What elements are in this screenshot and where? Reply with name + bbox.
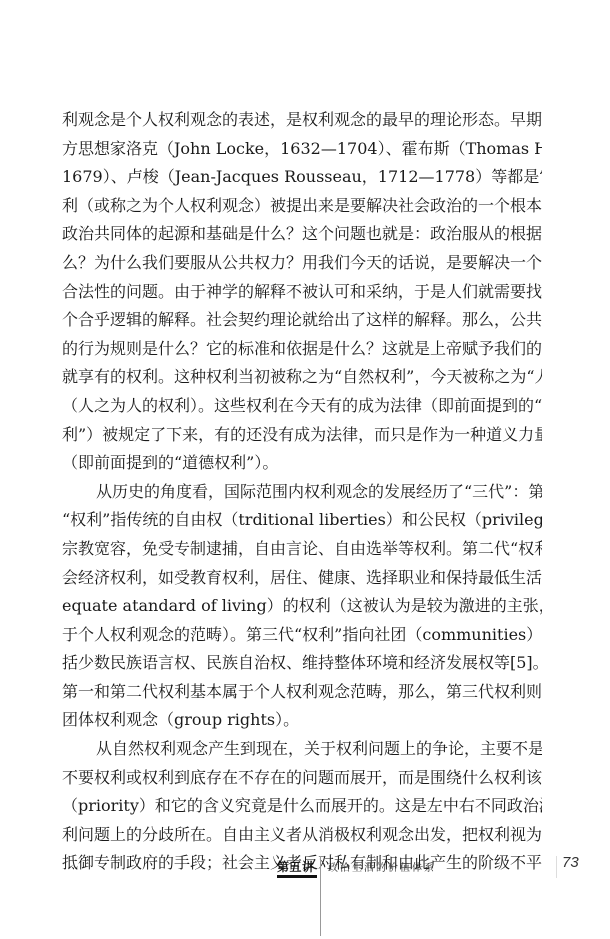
text-line: “权利”指传统的自由权（trditional liberties）和公民权（pr… <box>62 506 542 535</box>
chapter-underline <box>277 875 317 878</box>
text-line: 利”）被规定了下来，有的还没有成为法律，而只是作为一种道义力量存在 <box>62 421 542 450</box>
text-line: 么？为什么我们要服从公共权力？用我们今天的话说，是要解决一个政治 <box>62 249 542 278</box>
text-line: 于个人权利观念的范畴）。第三代“权利”指向社团（communities）和群体，… <box>62 621 542 650</box>
text-line: 从自然权利观念产生到现在，关于权利问题上的争论，主要不是围绕要 <box>62 735 542 764</box>
text-line: （priority）和它的含义究竟是什么而展开的。这是左中右不同政治派别在权 <box>62 792 542 821</box>
text-line: 利（或称之为个人权利观念）被提出来是要解决社会政治的一个根本问题： <box>62 192 542 221</box>
text-line: 政治共同体的起源和基础是什么？这个问题也就是：政治服从的根据是什 <box>62 220 542 249</box>
text-line: 从历史的角度看，国际范围内权利观念的发展经历了“三代”：第一代 <box>62 478 542 507</box>
text-line: 方思想家洛克（John Locke，1632—1704）、霍布斯（Thomas … <box>62 135 542 164</box>
text-line: 利问题上的分歧所在。自由主义者从消极权利观念出发，把权利视为个人 <box>62 821 542 850</box>
text-line: 宗教宽容，免受专制逮捕，自由言论、自由选举等权利。第二代“权利”指社 <box>62 535 542 564</box>
footer-divider <box>320 856 321 936</box>
text-line: 的行为规则是什么？它的标准和依据是什么？这就是上帝赋予我们的生来 <box>62 335 542 364</box>
text-line: （人之为人的权利）。这些权利在今天有的成为法律（即前面提到的“法律权 <box>62 392 542 421</box>
page-number: 73 <box>562 854 579 871</box>
text-line: 团体权利观念（group rights）。 <box>62 706 542 735</box>
text-line: 合法性的问题。由于神学的解释不被认可和采纳，于是人们就需要找到一 <box>62 278 542 307</box>
text-line: 就享有的权利。这种权利当初被称之为“自然权利”，今天被称之为“人权” <box>62 363 542 392</box>
text-line: 第一和第二代权利基本属于个人权利观念范畴，那么，第三代权利则过渡为 <box>62 678 542 707</box>
text-line: （即前面提到的“道德权利”）。 <box>62 449 542 478</box>
text-line: 会经济权利，如受教育权利，居住、健康、选择职业和保持最低生活标准（ad- <box>62 564 542 593</box>
book-page: 利观念是个人权利观念的表述，是权利观念的最早的理论形态。早期的西 方思想家洛克（… <box>0 0 610 939</box>
text-line: 不要权利或权利到底存在不存在的问题而展开，而是围绕什么权利该优先 <box>62 764 542 793</box>
chapter-label: 第五讲 <box>277 858 315 875</box>
text-line: equate atandard of living）的权利（这被认为是较为激进的… <box>62 592 542 621</box>
text-line: 括少数民族语言权、民族自治权、维持整体环境和经济发展权等[5]。如果说 <box>62 649 542 678</box>
page-footer: 第五讲 政治生活的价值体系 73 <box>0 858 610 939</box>
page-number-mark <box>556 856 557 878</box>
text-line: 个合乎逻辑的解释。社会契约理论就给出了这样的解释。那么，公共权力 <box>62 306 542 335</box>
text-line: 利观念是个人权利观念的表述，是权利观念的最早的理论形态。早期的西 <box>62 106 542 135</box>
body-text: 利观念是个人权利观念的表述，是权利观念的最早的理论形态。早期的西 方思想家洛克（… <box>62 106 542 878</box>
chapter-title: 政治生活的价值体系 <box>328 859 436 874</box>
text-line: 1679）、卢梭（Jean-Jacques Rousseau，1712—1778… <box>62 163 542 192</box>
